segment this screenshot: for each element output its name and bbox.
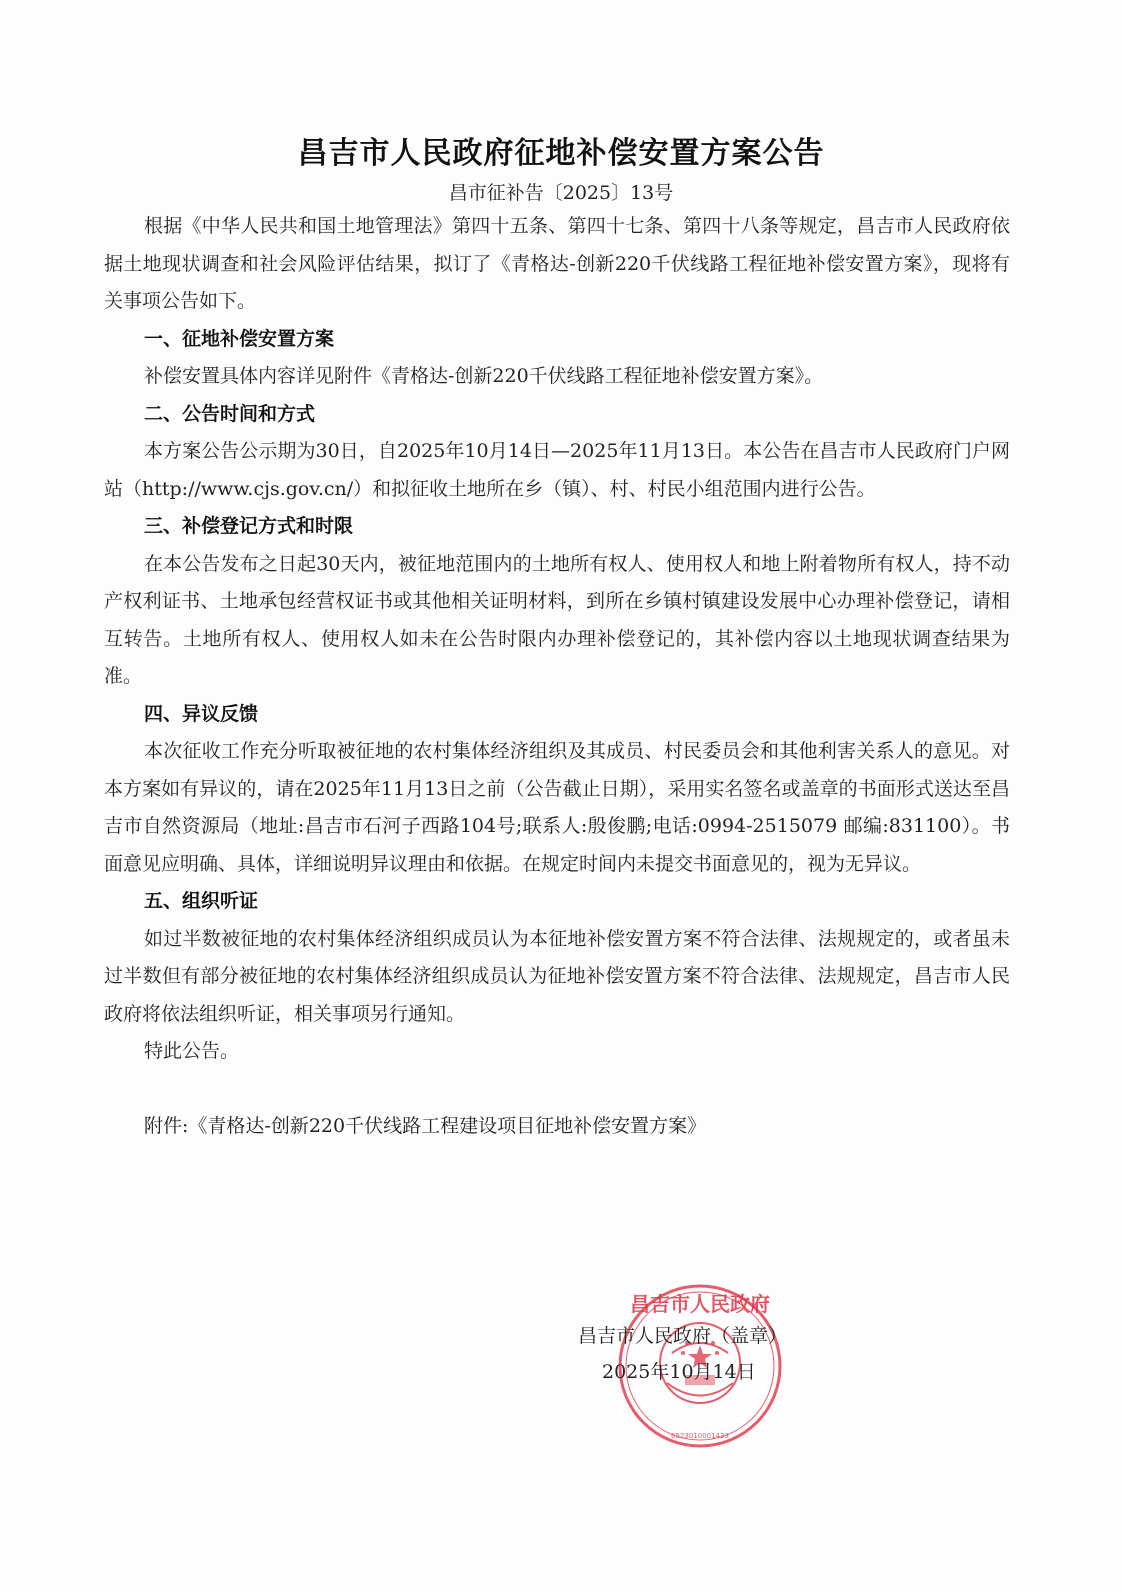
section-heading-5: 五、组织听证 <box>104 883 1010 921</box>
section-2-paragraph: 本方案公告公示期为30日，自2025年10月14日—2025年11月13日。本公… <box>104 433 1010 508</box>
seal-serial: 6523010001433 <box>671 1432 729 1440</box>
section-1-paragraph: 补偿安置具体内容详见附件《青格达-创新220千伏线路工程征地补偿安置方案》。 <box>104 358 1010 396</box>
issue-date: 2025年10月14日 <box>578 1354 787 1390</box>
section-heading-2: 二、公告时间和方式 <box>104 396 1010 434</box>
closing-statement: 特此公告。 <box>104 1033 1010 1071</box>
intro-paragraph: 根据《中华人民共和国土地管理法》第四十五条、第四十七条、第四十八条等规定，昌吉市… <box>104 208 1010 321</box>
issuer-name: 昌吉市人民政府（盖章） <box>578 1318 787 1354</box>
section-3-paragraph: 在本公告发布之日起30天内，被征地范围内的土地所有权人、使用权人和地上附着物所有… <box>104 546 1010 696</box>
document-body: 根据《中华人民共和国土地管理法》第四十五条、第四十七条、第四十八条等规定，昌吉市… <box>104 208 1010 1145</box>
spacer <box>104 1071 1010 1108</box>
section-heading-4: 四、异议反馈 <box>104 696 1010 734</box>
document-number: 昌市征补告〔2025〕13号 <box>0 178 1122 205</box>
seal-text: 昌吉市人民政府 <box>630 1292 770 1316</box>
section-4-paragraph: 本次征收工作充分听取被征地的农村集体经济组织及其成员、村民委员会和其他利害关系人… <box>104 733 1010 883</box>
section-heading-1: 一、征地补偿安置方案 <box>104 321 1010 359</box>
section-5-paragraph: 如过半数被征地的农村集体经济组织成员认为本征地补偿安置方案不符合法律、法规规定的… <box>104 921 1010 1034</box>
document-page: 昌吉市人民政府征地补偿安置方案公告 昌市征补告〔2025〕13号 根据《中华人民… <box>0 0 1122 1592</box>
signature-block: 昌吉市人民政府（盖章） 2025年10月14日 <box>578 1318 787 1390</box>
page-title: 昌吉市人民政府征地补偿安置方案公告 <box>0 128 1122 172</box>
section-heading-3: 三、补偿登记方式和时限 <box>104 508 1010 546</box>
attachment-note: 附件:《青格达-创新220千伏线路工程建设项目征地补偿安置方案》 <box>104 1108 1010 1146</box>
